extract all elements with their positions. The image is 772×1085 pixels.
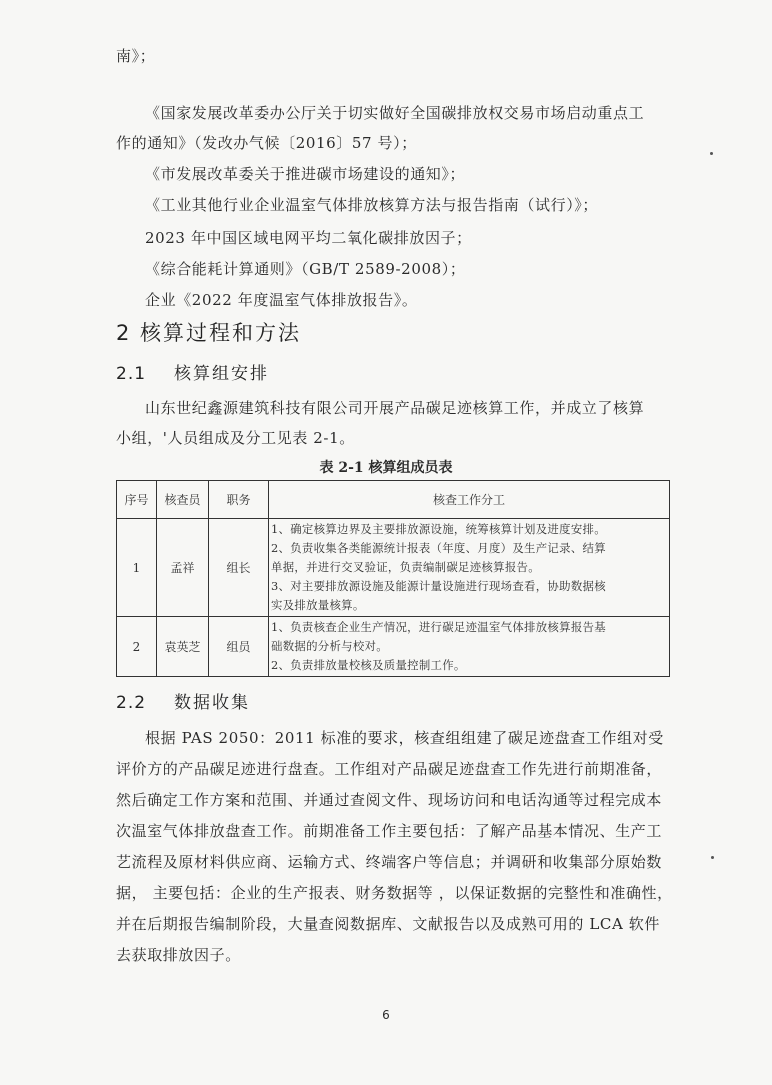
- paragraph-line: 然后确定工作方案和范围、并通过查阅文件、现场访问和电话沟通等过程完成本: [116, 790, 662, 810]
- table-row: 1 孟祥 组长 1、确定核算边界及主要排放源设施，统筹核算计划及进度安排。 2、…: [117, 519, 670, 617]
- cell-role: 组长: [209, 519, 269, 617]
- header-role: 职务: [209, 481, 269, 519]
- reference-item: 2023 年中国区域电网平均二氧化碳排放因子；: [145, 228, 472, 248]
- duty-line: 础数据的分析与校对。: [271, 637, 667, 656]
- paragraph-line: 山东世纪鑫源建筑科技有限公司开展产品碳足迹核算工作，并成立了核算: [145, 398, 644, 418]
- reference-item: 《国家发展改革委办公厅关于切实做好全国碳排放权交易市场启动重点工: [145, 103, 644, 123]
- table-caption: 表 2-1 核算组成员表: [0, 458, 772, 478]
- cell-index: 2: [117, 617, 157, 677]
- section-number: 2.1: [116, 363, 174, 385]
- reference-item: 《工业其他行业企业温室气体排放核算方法与报告指南（试行）》；: [145, 195, 598, 215]
- paragraph-line: 并在后期报告编制阶段，大量查阅数据库、文献报告以及成熟可用的 LCA 软件: [116, 914, 660, 934]
- cell-duties: 1、负责核查企业生产情况，进行碳足迹温室气体排放核算报告基 础数据的分析与校对。…: [269, 617, 670, 677]
- reference-item: 企业《2022 年度温室气体排放报告》。: [145, 290, 417, 310]
- section-heading-2-1: 2.1核算组安排: [116, 363, 269, 385]
- table-header-row: 序号 核查员 职务 核查工作分工: [117, 481, 670, 519]
- table-row: 2 袁英芝 组员 1、负责核查企业生产情况，进行碳足迹温室气体排放核算报告基 础…: [117, 617, 670, 677]
- paragraph-line: 评价方的产品碳足迹进行盘查。工作组对产品碳足迹盘查工作先进行前期准备，: [116, 759, 662, 779]
- page-number: 6: [0, 1008, 772, 1022]
- header-name: 核查员: [157, 481, 209, 519]
- cell-name: 袁英芝: [157, 617, 209, 677]
- paragraph-line: 艺流程及原材料供应商、运输方式、终端客户等信息；并调研和收集部分原始数: [116, 852, 662, 872]
- reference-item: 《综合能耗计算通则》（GB/T 2589-2008）；: [145, 259, 465, 279]
- cell-name: 孟祥: [157, 519, 209, 617]
- section-title: 数据收集: [174, 693, 250, 713]
- section-heading-2-2: 2.2数据收集: [116, 692, 250, 714]
- paragraph-line: 去获取排放因子。: [116, 945, 241, 965]
- header-duties: 核查工作分工: [269, 481, 670, 519]
- duty-line: 3、对主要排放源设施及能源计量设施进行现场查看，协助数据核: [271, 577, 667, 596]
- duty-line: 实及排放量核算。: [271, 596, 667, 615]
- paragraph-line: 次温室气体排放盘查工作。前期准备工作主要包括：了解产品基本情况、生产工: [116, 821, 662, 841]
- duty-line: 单据，并进行交叉验证，负责编制碳足迹核算报告。: [271, 558, 667, 577]
- reference-item-continuation: 作的通知》（发改办气候〔2016〕57 号）；: [116, 133, 417, 153]
- paragraph-line: 根据 PAS 2050：2011 标准的要求，核查组组建了碳足迹盘查工作组对受: [145, 728, 664, 748]
- header-index: 序号: [117, 481, 157, 519]
- duty-line: 1、确定核算边界及主要排放源设施，统筹核算计划及进度安排。: [271, 520, 667, 539]
- reference-line-continuation: 南》；: [116, 46, 155, 66]
- duty-line: 2、负责收集各类能源统计报表（年度、月度）及生产记录、结算: [271, 539, 667, 558]
- reference-item: 《市发展改革委关于推进碳市场建设的通知》；: [145, 164, 465, 184]
- scan-speck: [710, 152, 713, 155]
- section-heading-2: 2 核算过程和方法: [116, 320, 301, 346]
- paragraph-line: 据， 主要包括：企业的生产报表、财务数据等 ，以保证数据的完整性和准确性，: [116, 883, 673, 903]
- section-title: 核算组安排: [174, 364, 269, 384]
- document-page: 南》； 《国家发展改革委办公厅关于切实做好全国碳排放权交易市场启动重点工 作的通…: [0, 0, 772, 1085]
- paragraph-line: 小组，'人员组成及分工见表 2-1。: [116, 428, 355, 448]
- members-table: 序号 核查员 职务 核查工作分工 1 孟祥 组长 1、确定核算边界及主要排放源设…: [116, 480, 670, 677]
- cell-role: 组员: [209, 617, 269, 677]
- duty-line: 1、负责核查企业生产情况，进行碳足迹温室气体排放核算报告基: [271, 618, 667, 637]
- scan-speck: [711, 856, 714, 859]
- cell-duties: 1、确定核算边界及主要排放源设施，统筹核算计划及进度安排。 2、负责收集各类能源…: [269, 519, 670, 617]
- cell-index: 1: [117, 519, 157, 617]
- duty-line: 2、负责排放量校核及质量控制工作。: [271, 656, 667, 675]
- section-number: 2.2: [116, 692, 174, 714]
